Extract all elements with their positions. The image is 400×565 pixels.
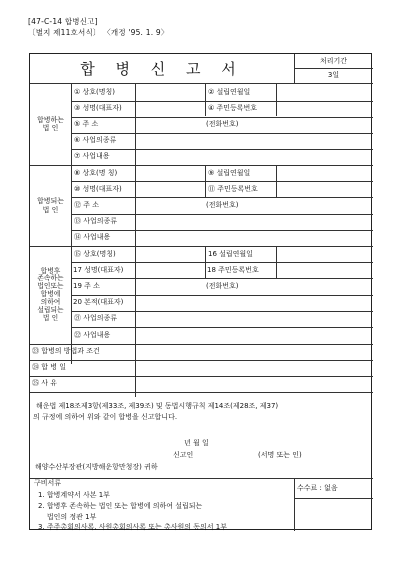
applicant-signature-field[interactable]	[200, 449, 260, 461]
form-title: 합 병 신 고 서	[30, 54, 294, 83]
g2-address-input[interactable]	[136, 198, 372, 213]
processing-period-label: 처리기간	[294, 58, 373, 65]
g2-resident-no-input[interactable]	[277, 182, 372, 197]
document-item-2: 2. 합병후 존속하는 법인 또는 합병에 의하여 설립되는	[38, 503, 202, 510]
g1-phone-label: (전화번호)	[206, 121, 239, 128]
g1-address-input[interactable]	[136, 118, 372, 132]
g1-name-input[interactable]	[136, 84, 205, 100]
merger-method-label: ㉓ 합병의 방법과 조건	[32, 348, 100, 355]
g3-address-input[interactable]	[136, 279, 372, 294]
g3-founded-input[interactable]	[277, 247, 372, 262]
g3-business-type-input[interactable]	[136, 312, 372, 327]
g3-field-resident-no: 18 주민등록번호	[207, 267, 259, 274]
g2-phone-label: (전화번호)	[206, 202, 239, 209]
signature-label: (서명 또는 인)	[258, 452, 302, 459]
g3-representative-input[interactable]	[136, 263, 205, 278]
g2-field-business-content: ⑭ 사업내용	[74, 234, 110, 241]
g3-field-domicile: 20 본적(대표자)	[73, 299, 123, 306]
g2-name-input[interactable]	[136, 166, 205, 181]
reason-label: ㉕ 사 유	[32, 380, 57, 387]
g3-domicile-input[interactable]	[136, 296, 372, 311]
g1-business-type-input[interactable]	[136, 134, 372, 148]
g3-business-content-input[interactable]	[136, 328, 372, 343]
surviving-corp-label: 합병후 존속하는 법인또는 합병에 의하여 설립되는 법 인	[30, 246, 71, 344]
g1-business-content-input[interactable]	[136, 150, 372, 164]
fee-stamp-area	[295, 499, 372, 530]
g1-field-name: ① 상호(명칭)	[74, 89, 115, 96]
g2-business-content-input[interactable]	[136, 231, 372, 246]
g2-founded-input[interactable]	[277, 166, 372, 181]
merger-date-input[interactable]	[136, 361, 372, 376]
g1-representative-input[interactable]	[136, 102, 205, 116]
g1-field-founded: ② 설립연월일	[208, 89, 250, 96]
g1-field-business-type: ⑥ 사업의종류	[74, 137, 116, 144]
statement-line-1: 해운법 제18조제3항(제33조, 제39조) 및 동법시행규칙 제14조(제2…	[36, 401, 278, 412]
merger-report-form: 합 병 신 고 서 처리기간 3일 합병하는 법 인 ① 상호(명칭) ② 설립…	[29, 53, 372, 530]
g2-representative-input[interactable]	[136, 182, 205, 197]
document-item-3: 3. 주주총회의사록, 사원총회의사록 또는 총사원의 동의서 1부	[38, 524, 227, 531]
g2-field-name: ⑧ 상호(명 칭)	[74, 170, 117, 177]
fee-label: 수수료 : 없음	[297, 485, 338, 492]
g3-phone-label: (전화번호)	[206, 283, 239, 290]
applicant-label: 신고인	[173, 452, 193, 459]
reason-input[interactable]	[136, 377, 372, 392]
document-item-1: 1. 합병계약서 사본 1부	[38, 492, 110, 499]
merged-corp-label: 합병되는 법 인	[30, 165, 71, 246]
date-line: 년 월 일	[184, 440, 209, 447]
merger-date-label: ㉔ 합 병 일	[32, 364, 66, 371]
g2-field-resident-no: ⑪ 주민등록번호	[208, 186, 258, 193]
g1-resident-no-input[interactable]	[277, 102, 372, 116]
g1-field-business-content: ⑦ 사업내용	[74, 153, 110, 160]
g2-field-business-type: ⑬ 사업의종류	[74, 218, 117, 225]
recipient-line: 해양수산부장관(지방해운항만청장) 귀하	[35, 464, 158, 471]
g2-business-type-input[interactable]	[136, 215, 372, 230]
g1-field-resident-no: ④ 주민등록번호	[208, 105, 257, 112]
g1-founded-input[interactable]	[277, 84, 372, 100]
g3-field-business-content: ㉒ 사업내용	[74, 332, 110, 339]
g2-field-founded: ⑨ 설립연월일	[208, 170, 250, 177]
statement-line-2: 의 규정에 의하여 위와 같이 합병을 신고합니다.	[33, 412, 177, 423]
document-item-2-cont: 법인의 정관 1부	[38, 514, 96, 521]
g2-field-address: ⑫ 주 소	[74, 202, 99, 209]
processing-period-value: 3일	[294, 72, 373, 79]
merger-method-input[interactable]	[136, 345, 372, 360]
g2-field-representative: ⑩ 성명(대표자)	[74, 186, 122, 193]
g1-field-address: ⑤ 주 소	[74, 121, 98, 128]
g3-field-representative: 17 성명(대표자)	[73, 267, 123, 274]
g3-field-address: 19 주 소	[73, 283, 100, 290]
g3-field-founded: 16 설립연월일	[208, 251, 253, 258]
documents-title: 구비서류	[34, 480, 61, 487]
g1-field-representative: ③ 성명(대표자)	[74, 105, 122, 112]
form-code: [47-C-14 합병신고]	[28, 16, 98, 27]
merging-corp-label: 합병하는 법 인	[30, 83, 71, 165]
g3-field-business-type: ㉑ 사업의종류	[74, 315, 117, 322]
form-reference: 〔별지 제11호서식〕 〈개정 '95. 1. 9〉	[28, 27, 169, 38]
g3-name-input[interactable]	[136, 247, 205, 262]
g3-field-name: ⑮ 상호(명칭)	[74, 251, 116, 258]
g3-resident-no-input[interactable]	[277, 263, 372, 278]
